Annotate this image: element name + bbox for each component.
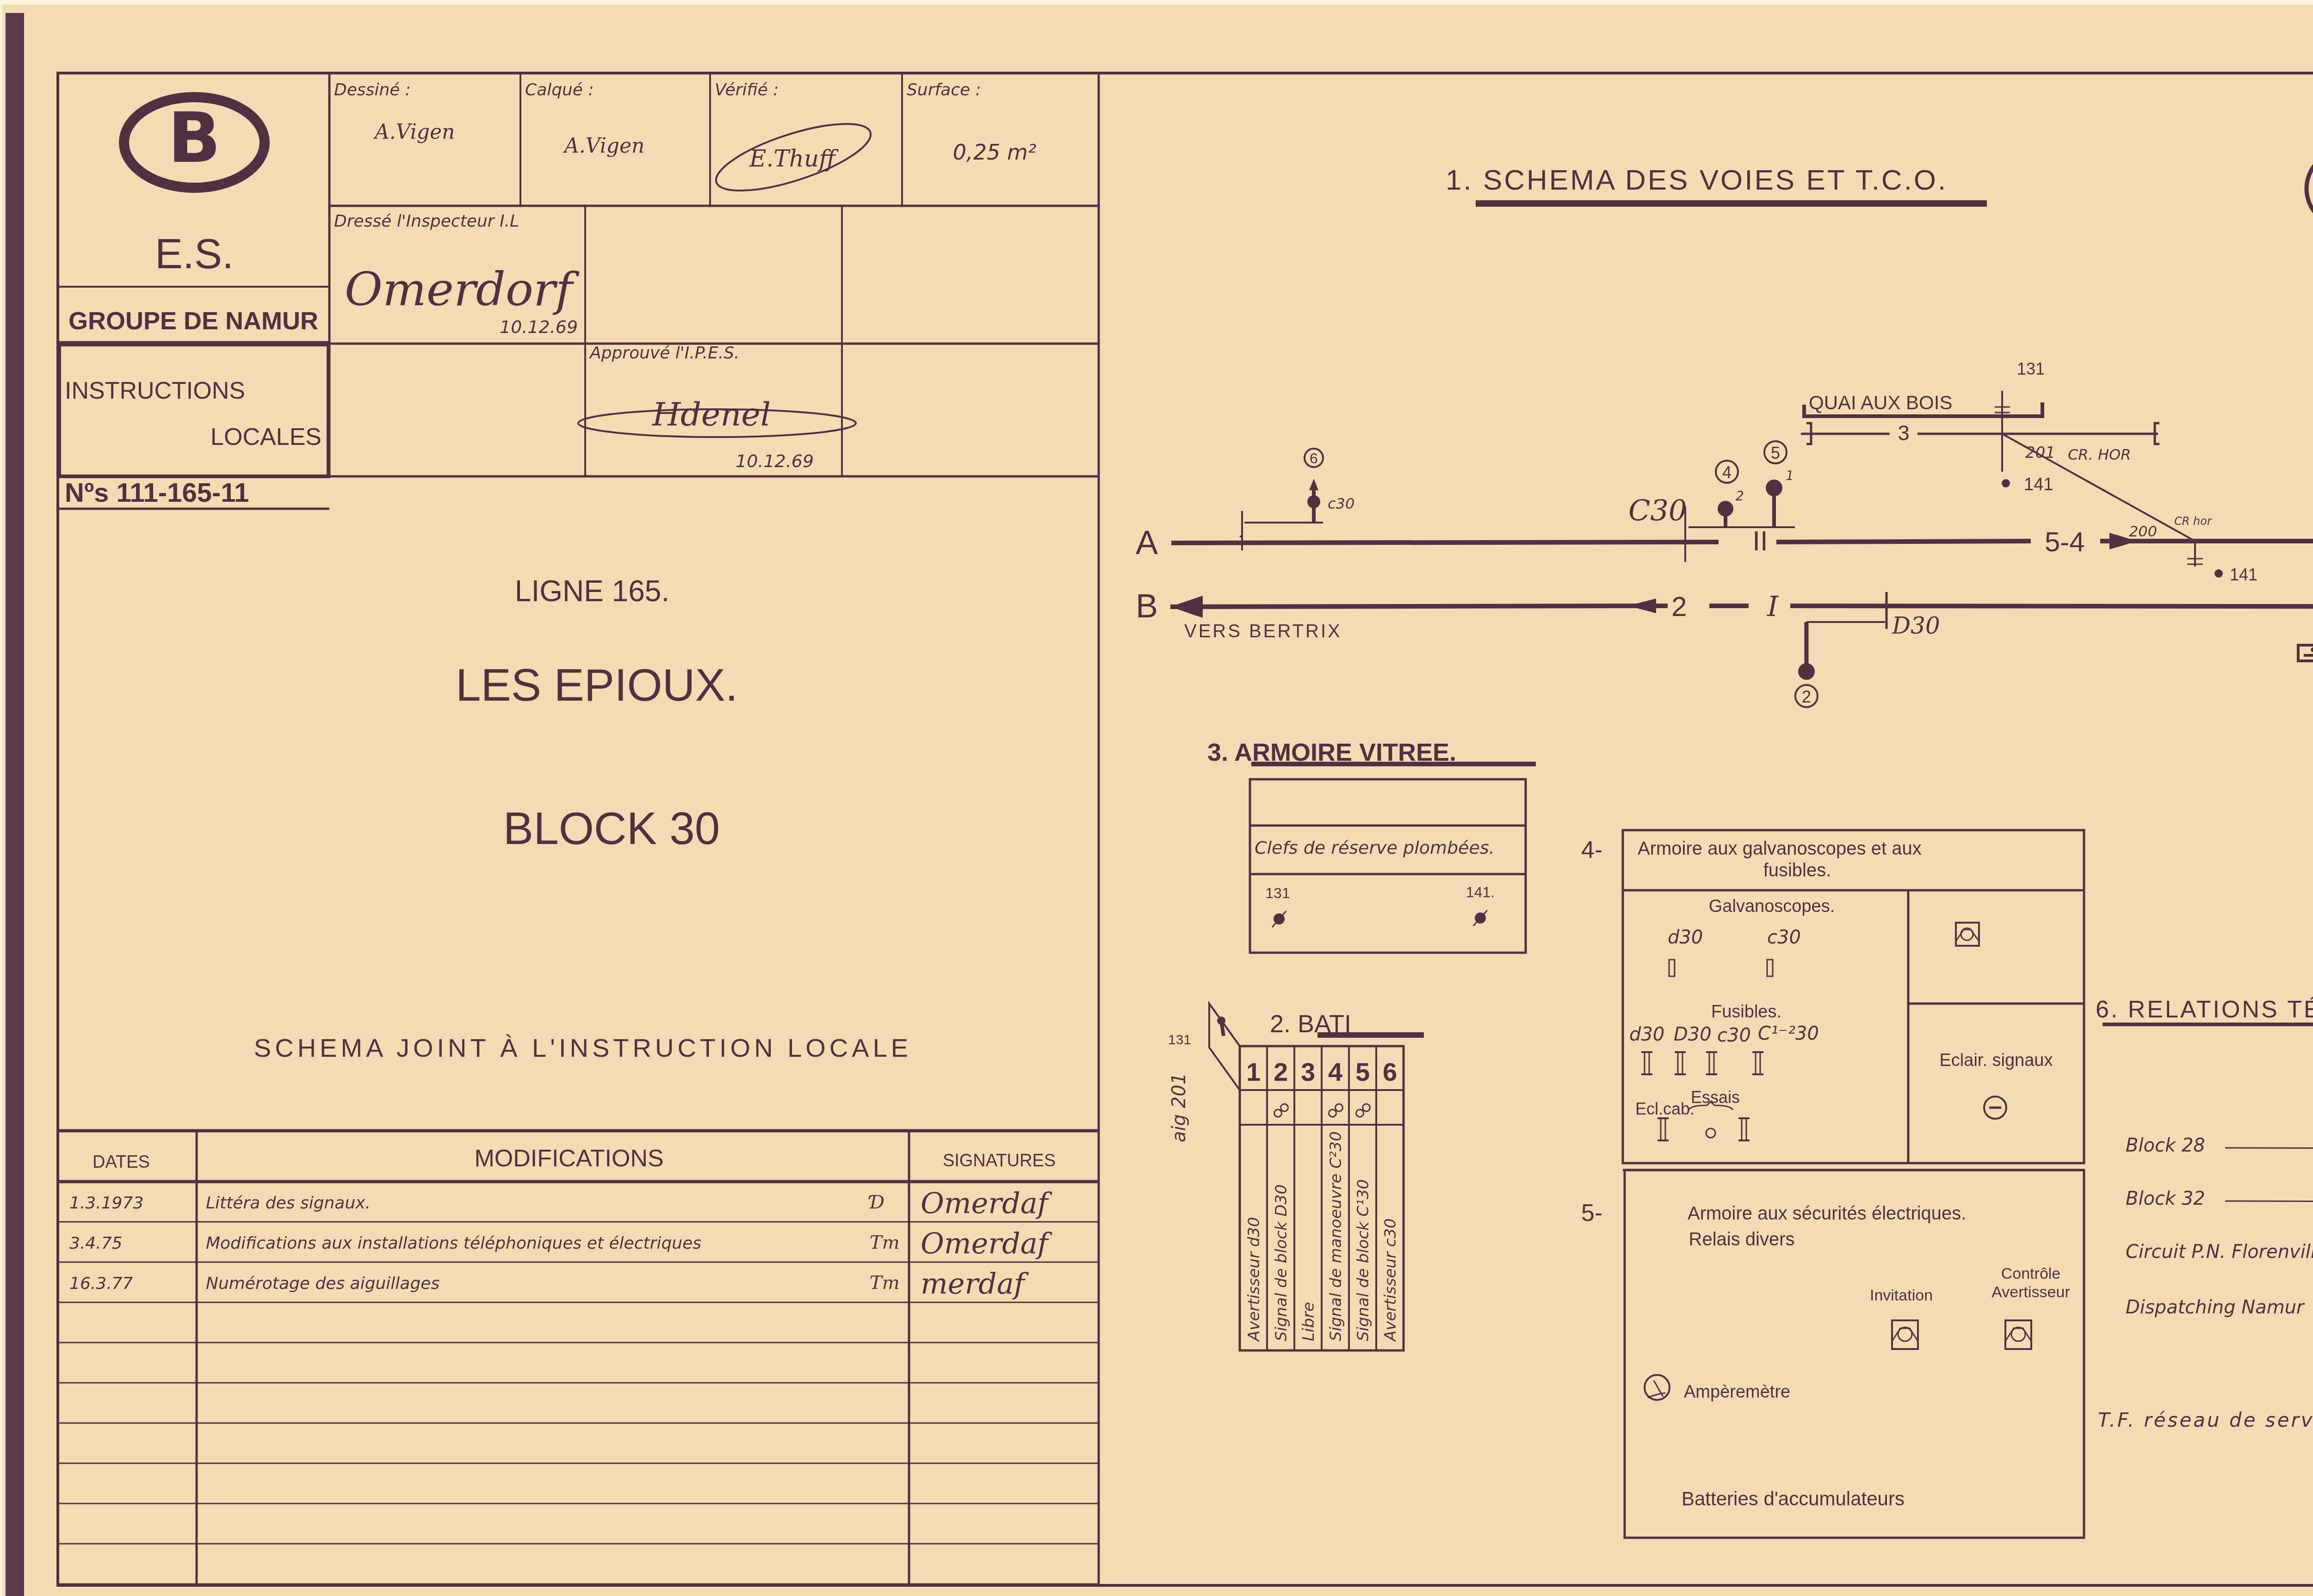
section5-num: 5- <box>1581 1200 1602 1226</box>
inspector-date: 10.12.69 <box>500 317 578 337</box>
row-signature: Omerdaf <box>921 1226 1053 1260</box>
telephone-line-label: Block 32 <box>2126 1188 2205 1209</box>
invitation-label: Invitation <box>1870 1287 1933 1304</box>
reserve-keys-label: Clefs de réserve plombées. <box>1255 838 1495 858</box>
row-text: Modifications aux installations téléphon… <box>206 1234 701 1253</box>
telephone-line-label: Circuit P.N. Florenville <box>2126 1241 2313 1263</box>
telephone-line-label: Block 28 <box>2126 1135 2205 1156</box>
row-date: 16.3.77 <box>69 1274 133 1293</box>
circled-5: 5 <box>1771 444 1780 462</box>
section4-title-line2: fusibles. <box>1763 860 1831 881</box>
circled-6: 6 <box>1310 450 1318 467</box>
galvanoscopes-heading: Galvanoscopes. <box>1709 897 1835 916</box>
line-number: LIGNE 165. <box>515 574 669 608</box>
approver-date: 10.12.69 <box>736 451 814 471</box>
lever-number: 5 <box>1355 1057 1370 1086</box>
row-signature: Omerdaf <box>921 1186 1053 1220</box>
batteries-label-visible: Batteries d'accumulateurs <box>1682 1488 1905 1510</box>
signature-verified: E.Thuff <box>749 145 839 172</box>
track-II-label: II <box>1752 525 1768 556</box>
track-2-label: 2 <box>1671 591 1687 622</box>
block-name: BLOCK 30 <box>503 803 720 854</box>
fuse-d30: d30 <box>1629 1024 1664 1045</box>
row-date: 1.3.1973 <box>69 1194 143 1213</box>
traced-label: Calqué : <box>525 80 594 99</box>
doc-type-line1: INSTRUCTIONS <box>65 377 245 404</box>
lever-number: 6 <box>1383 1057 1397 1086</box>
signal-c30-small: c30 <box>1328 495 1354 512</box>
row-initials: Tm <box>870 1272 900 1294</box>
doc-type-line2: LOCALES <box>210 424 322 450</box>
telephone-line-label: Dispatching Namur <box>2126 1297 2305 1318</box>
fusibles-heading: Fusibles. <box>1711 1002 1781 1022</box>
railway-instruction-drawing: B E.S. GROUPE DE NAMUR INSTRUCTIONS LOCA… <box>0 0 2313 1596</box>
amperemetre-label: Ampèremètre <box>1684 1382 1790 1402</box>
reserve-key-141: 141. <box>1466 884 1495 900</box>
circled-4: 4 <box>1722 463 1732 482</box>
lever-label: Signal de block D30 <box>1272 1184 1291 1341</box>
row-text: Littéra des signaux. <box>206 1194 371 1213</box>
controle-label-2: Avertisseur <box>1991 1283 2070 1301</box>
key-icon <box>2214 569 2223 578</box>
header-signatures: SIGNATURES <box>943 1151 1056 1171</box>
essais-label: Essais <box>1691 1088 1740 1107</box>
lever-number: 2 <box>1274 1057 1288 1086</box>
cr-hor-label: CR. HOR <box>2068 446 2131 463</box>
fuse-C12-30: C¹⁻²30 <box>1758 1023 1819 1044</box>
telephone-line: Circuit P.N. Florenville <box>2126 1241 2313 1263</box>
controle-label-1: Contrôle <box>2001 1265 2061 1282</box>
fuse-c30: c30 <box>1717 1025 1751 1046</box>
logo-letter: B <box>168 98 221 179</box>
fuse-D30: D30 <box>1674 1024 1712 1045</box>
track-a-label: A <box>1136 524 1158 561</box>
lever-number: 3 <box>1301 1057 1315 1086</box>
key-131-label: 131 <box>2017 359 2045 378</box>
switch-200: 200 <box>2129 523 2157 540</box>
lever-label: Avertisseur c30 <box>1381 1218 1400 1342</box>
surface-value: 0,25 m² <box>953 140 1036 165</box>
signature-approver: Hdenel <box>651 395 771 433</box>
signature-inspector: Omerdorf <box>345 262 580 316</box>
signal-C30: C30 <box>1628 493 1687 527</box>
paper-sheet <box>2 5 2313 1596</box>
ecl-cab-label: Ecl.cab. <box>1635 1099 1695 1118</box>
telephone-line: Dispatching Namur <box>2126 1297 2313 1318</box>
reserve-key-131: 131 <box>1265 885 1290 901</box>
row-text: Numérotage des aiguillages <box>206 1274 439 1293</box>
inspector-label: Dressé l'Inspecteur I.L <box>334 212 519 231</box>
drawn-label: Dessiné : <box>334 80 411 99</box>
signature-drawn: A.Vigen <box>373 120 455 144</box>
galv-c30: c30 <box>1767 927 1801 948</box>
drawing-subtitle: SCHEMA JOINT À L'INSTRUCTION LOCALE <box>254 1033 912 1062</box>
galv-d30: d30 <box>1668 927 1703 948</box>
approver-label: Approuvé l'I.P.E.S. <box>589 344 740 363</box>
track-b-label: B <box>1136 588 1158 625</box>
group-name: GROUPE DE NAMUR <box>68 307 318 335</box>
doc-number: Nºs 111-165-11 <box>65 478 249 508</box>
lever-label: Signal de block C¹30 <box>1354 1179 1373 1341</box>
key-141a-label: 141 <box>2024 475 2053 494</box>
lever-label: Avertisseur d30 <box>1245 1217 1263 1342</box>
circled-2: 2 <box>1802 687 1811 706</box>
aig-201-label: aig 201 <box>1169 1073 1190 1142</box>
key-141b-label: 141 <box>2230 565 2257 584</box>
relais-divers-label: Relais divers <box>1689 1229 1795 1250</box>
row-signature: merdaf <box>921 1267 1029 1300</box>
section4-title-line1: Armoire aux galvanoscopes et aux <box>1638 838 1922 859</box>
lever-number: 4 <box>1328 1057 1342 1086</box>
bati-key-label: 131 <box>1168 1032 1191 1048</box>
track-3-label: 3 <box>1898 421 1910 445</box>
row-date: 3.4.75 <box>69 1234 123 1253</box>
eclair-signaux-label: Eclair. signaux <box>1939 1051 2053 1070</box>
quai-label: QUAI AUX BOIS <box>1809 392 1952 413</box>
key-icon <box>2002 479 2010 487</box>
signal-D30: D30 <box>1892 612 1940 639</box>
signature-traced: A.Vigen <box>563 134 644 158</box>
signal-sub1: 1 <box>1786 468 1794 483</box>
signal-sub2: 2 <box>1736 488 1744 504</box>
header-modifications: MODIFICATIONS <box>474 1145 663 1172</box>
station-name: LES EPIOUX. <box>456 659 738 710</box>
telephone-footer: T.F. réseau de service S.N.C.B. (30) <box>2098 1409 2313 1431</box>
lever-label: Signal de manoeuvre C²30 <box>1327 1131 1345 1341</box>
surface-label: Surface : <box>907 80 981 99</box>
track-54-label: 5-4 <box>2045 526 2085 557</box>
verified-label: Vérifié : <box>715 80 779 99</box>
section5-title: Armoire aux sécurités électriques. <box>1688 1203 1966 1224</box>
header-dates: DATES <box>93 1152 150 1172</box>
dest-left: VERS BERTRIX <box>1184 621 1342 641</box>
section6-title: 6. RELATIONS TÉLÉPHONIQUES <box>2096 996 2313 1023</box>
cr-hor-small: CR hor <box>2174 515 2213 528</box>
track-I-label: I <box>1767 591 1779 623</box>
switch-201: 201 <box>2025 444 2055 462</box>
left-binding-edge <box>6 13 24 1596</box>
row-initials: Tm <box>870 1232 900 1253</box>
org-name: E.S. <box>155 231 234 277</box>
row-initials: Ɗ <box>868 1192 884 1213</box>
lever-number: 1 <box>1246 1057 1261 1086</box>
lever-label: Libre <box>1299 1302 1318 1341</box>
section1-title: 1. SCHEMA DES VOIES ET T.C.O. <box>1446 164 1948 196</box>
section4-num: 4- <box>1581 837 1602 863</box>
